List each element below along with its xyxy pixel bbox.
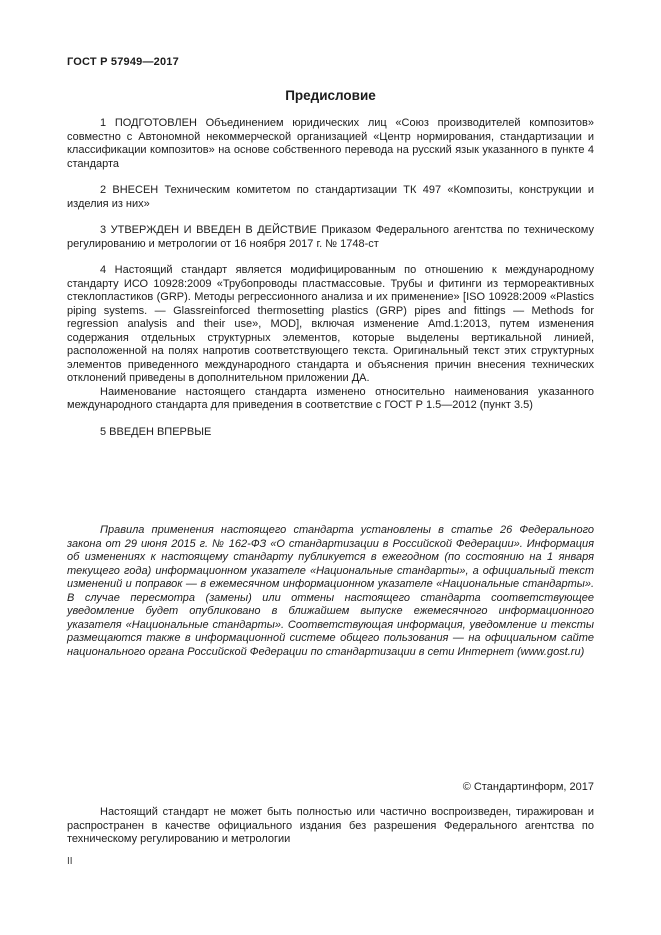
page-number: II [67,856,594,867]
foreword-item-4: 4 Настоящий стандарт является модифициро… [67,264,594,386]
page-background: { "header": { "doc_code": "ГОСТ Р 57949—… [0,0,661,935]
legal-notice: Правила применения настоящего стандарта … [67,524,594,659]
page-title: Предисловие [67,88,594,103]
foreword-item-1: 1 ПОДГОТОВЛЕН Объединением юридических л… [67,117,594,171]
document-page: ГОСТ Р 57949—2017 Предисловие 1 ПОДГОТОВ… [0,0,661,935]
reproduction-restriction: Настоящий стандарт не может быть полност… [67,806,594,847]
foreword-item-2: 2 ВНЕСЕН Техническим комитетом по станда… [67,184,594,211]
foreword-item-4-note: Наименование настоящего стандарта измене… [67,386,594,413]
document-code: ГОСТ Р 57949—2017 [67,56,594,68]
foreword-item-3: 3 УТВЕРЖДЕН И ВВЕДЕН В ДЕЙСТВИЕ Приказом… [67,224,594,251]
foreword-item-5: 5 ВВЕДЕН ВПЕРВЫЕ [67,426,594,440]
copyright-line: © Стандартинформ, 2017 [67,781,594,793]
